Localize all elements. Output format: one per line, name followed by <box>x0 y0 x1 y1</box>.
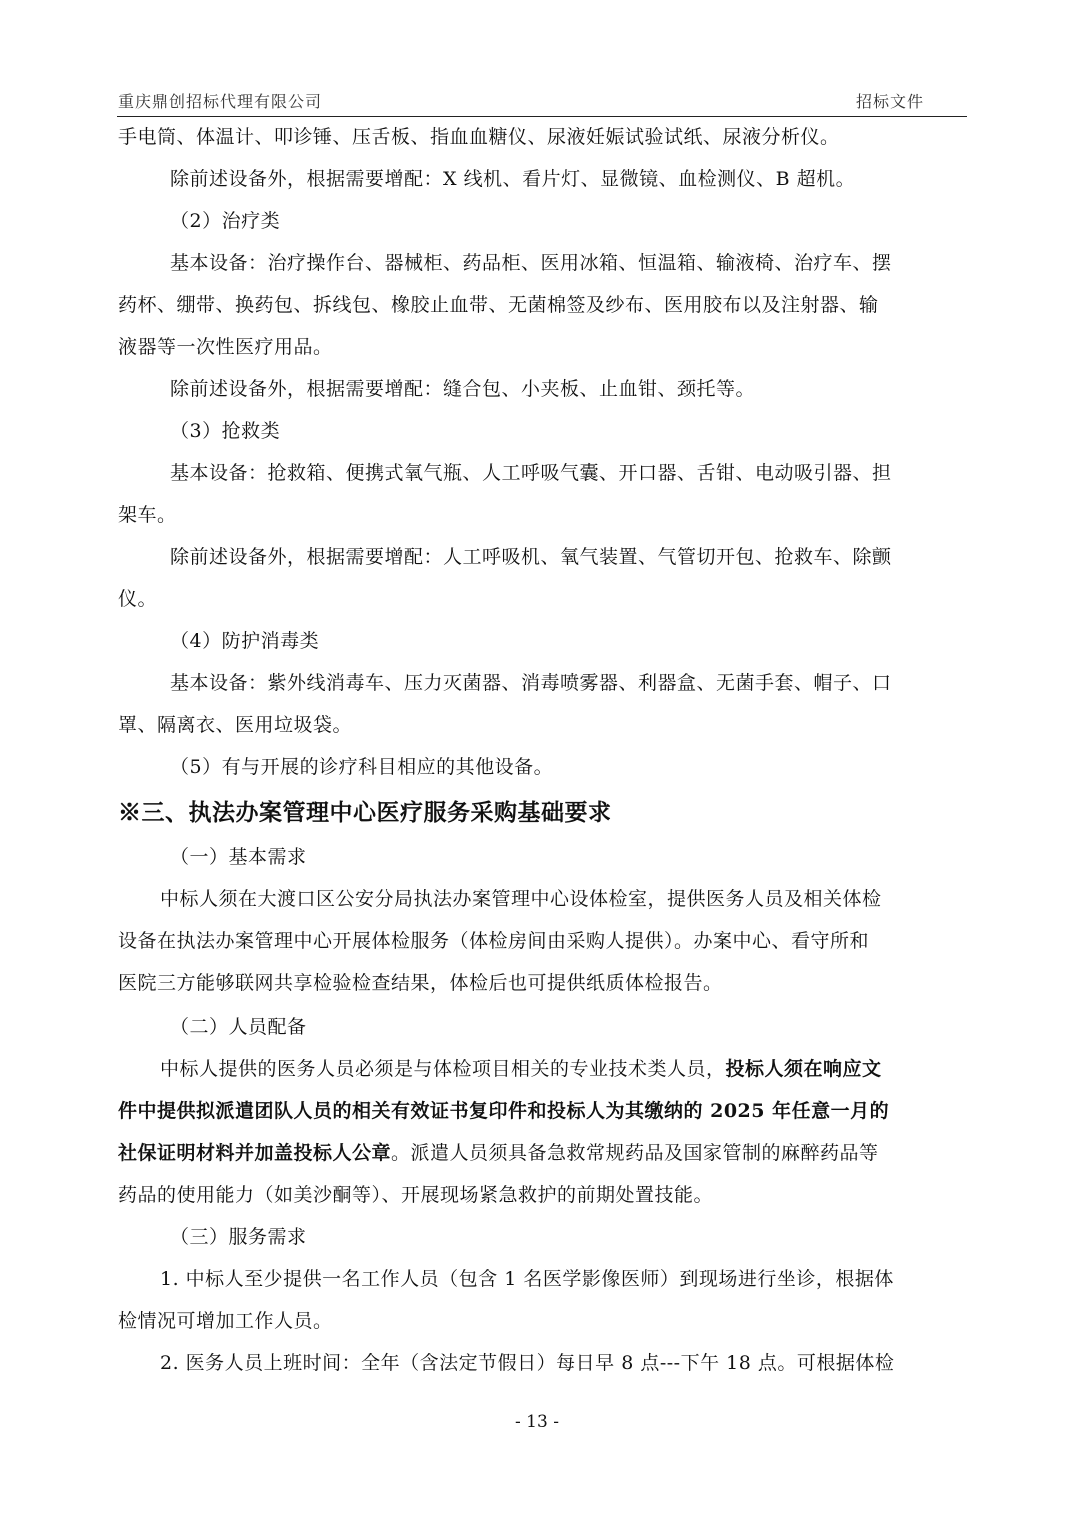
text-line: 除前述设备外，根据需要增配：X 线机、看片灯、显微镜、血检测仪、B 超机。 <box>170 164 968 191</box>
text-line: 基本设备：抢救箱、便携式氧气瓶、人工呼吸气囊、开口器、舌钳、电动吸引器、担 <box>170 458 968 485</box>
section-title: ※三、执法办案管理中心医疗服务采购基础要求 <box>118 794 612 827</box>
text-line: 医院三方能够联网共享检验检查结果，体检后也可提供纸质体检报告。 <box>118 968 968 995</box>
text-line-bold: 件中提供拟派遣团队人员的相关有效证书复印件和投标人为其缴纳的 2025 年任意一… <box>118 1096 968 1123</box>
subheading: （一）基本需求 <box>170 842 1020 869</box>
subheading: （3）抢救类 <box>170 416 1020 443</box>
subheading: （4）防护消毒类 <box>170 626 1020 653</box>
text-bold: 社保证明材料并加盖投标人公章 <box>118 1142 391 1164</box>
subheading: （5）有与开展的诊疗科目相应的其他设备。 <box>170 752 1020 779</box>
document-page: 重庆鼎创招标代理有限公司 招标文件 手电筒、体温计、叩诊锤、压舌板、指血血糖仪、… <box>0 0 1074 1520</box>
header-company: 重庆鼎创招标代理有限公司 <box>118 89 322 112</box>
text-line: 社保证明材料并加盖投标人公章。派遣人员须具备急救常规药品及国家管制的麻醉药品等 <box>118 1138 968 1165</box>
text-normal: 中标人提供的医务人员必须是与体检项目相关的专业技术类人员， <box>160 1058 726 1080</box>
text-line: 液器等一次性医疗用品。 <box>118 332 968 359</box>
text-line: 2. 医务人员上班时间：全年（含法定节假日）每日早 8 点---下午 18 点。… <box>160 1348 1010 1375</box>
subheading: （三）服务需求 <box>170 1222 1020 1249</box>
text-line: 基本设备：紫外线消毒车、压力灭菌器、消毒喷雾器、利器盒、无菌手套、帽子、口 <box>170 668 968 695</box>
text-line: 仪。 <box>118 584 968 611</box>
text-line: 药品的使用能力（如美沙酮等）、开展现场紧急救护的前期处置技能。 <box>118 1180 968 1207</box>
text-line: 1. 中标人至少提供一名工作人员（包含 1 名医学影像医师）到现场进行坐诊，根据… <box>160 1264 1010 1291</box>
text-line: 基本设备：治疗操作台、器械柜、药品柜、医用冰箱、恒温箱、输液椅、治疗车、摆 <box>170 248 968 275</box>
text-normal: 。派遣人员须具备急救常规药品及国家管制的麻醉药品等 <box>391 1142 879 1164</box>
header-doc-type: 招标文件 <box>856 89 924 112</box>
text-bold: 投标人须在响应文 <box>726 1058 882 1080</box>
text-line: 除前述设备外，根据需要增配：人工呼吸机、氧气装置、气管切开包、抢救车、除颤 <box>170 542 968 569</box>
text-line: 罩、隔离衣、医用垃圾袋。 <box>118 710 968 737</box>
text-line: 中标人提供的医务人员必须是与体检项目相关的专业技术类人员，投标人须在响应文 <box>160 1054 1010 1081</box>
text-line: 手电筒、体温计、叩诊锤、压舌板、指血血糖仪、尿液妊娠试验试纸、尿液分析仪。 <box>118 122 968 149</box>
header-rule <box>117 116 967 117</box>
subheading: （2）治疗类 <box>170 206 1020 233</box>
text-line: 除前述设备外，根据需要增配：缝合包、小夹板、止血钳、颈托等。 <box>170 374 968 401</box>
text-line: 设备在执法办案管理中心开展体检服务（体检房间由采购人提供）。办案中心、看守所和 <box>118 926 968 953</box>
subheading: （二）人员配备 <box>170 1012 1020 1039</box>
page-number: - 13 - <box>0 1412 1074 1432</box>
text-line: 检情况可增加工作人员。 <box>118 1306 968 1333</box>
text-line: 中标人须在大渡口区公安分局执法办案管理中心设体检室，提供医务人员及相关体检 <box>160 884 1010 911</box>
text-line: 架车。 <box>118 500 968 527</box>
text-line: 药杯、绷带、换药包、拆线包、橡胶止血带、无菌棉签及纱布、医用胶布以及注射器、输 <box>118 290 968 317</box>
